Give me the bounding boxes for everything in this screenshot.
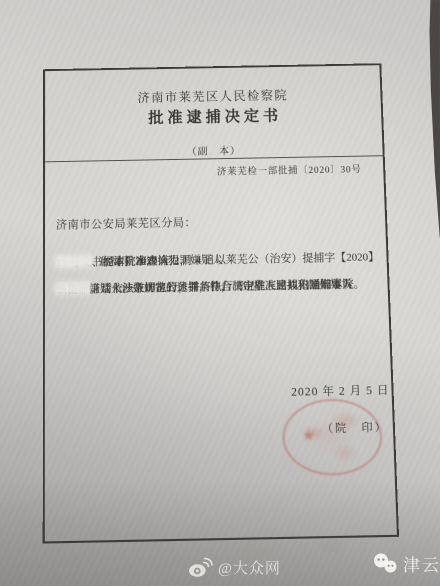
photo-background-edge <box>426 0 440 238</box>
recipient-line: 济南市公安局莱芜区分局： <box>56 214 196 232</box>
document-frame: 济南市莱芜区人民检察院 批准逮捕决定书 （副 本） 济莱芜检一部批捕〔2020〕… <box>43 63 399 543</box>
jinyun-logo-icon <box>371 552 399 575</box>
blurred-footer-mark <box>241 544 274 556</box>
watermark-text: @大众网 <box>218 557 281 578</box>
official-red-seal: ★ <box>282 398 384 476</box>
body-text-segment: 。请依法立即执行，并将执行情况在三日以内通知本院。 <box>90 271 365 303</box>
watermark-text: 津云 <box>403 551 440 576</box>
seal-placement-note: （院 印） <box>322 418 388 436</box>
document-date: 2020 年 2 月 5 日 <box>291 382 390 400</box>
weibo-icon <box>188 557 213 578</box>
body-text-segment: 、经本院审查认为， <box>92 248 191 277</box>
body-line: 。请依法立即执行，并将执行情况在三日以内通知本院。 <box>56 271 377 304</box>
blurred-footer-mark <box>320 541 343 552</box>
copy-label: （副 本） <box>45 140 383 161</box>
redacted-name <box>56 256 92 268</box>
watermark-dazhongwang: @大众网 <box>188 557 281 578</box>
photo-of-document: { "document": { "issuer": "济南市莱芜区人民检察院",… <box>0 0 440 586</box>
watermark-jinyun: 津云 <box>371 551 440 576</box>
redacted-name <box>56 282 90 294</box>
body-paragraph: 你局于 2020 年 2 月 4 日以莱芜公（治安）提捕字【2020】15 号文… <box>56 244 377 304</box>
seal-star-icon: ★ <box>301 426 315 446</box>
document-number: 济莱芜检一部批捕〔2020〕30号 <box>217 161 362 177</box>
